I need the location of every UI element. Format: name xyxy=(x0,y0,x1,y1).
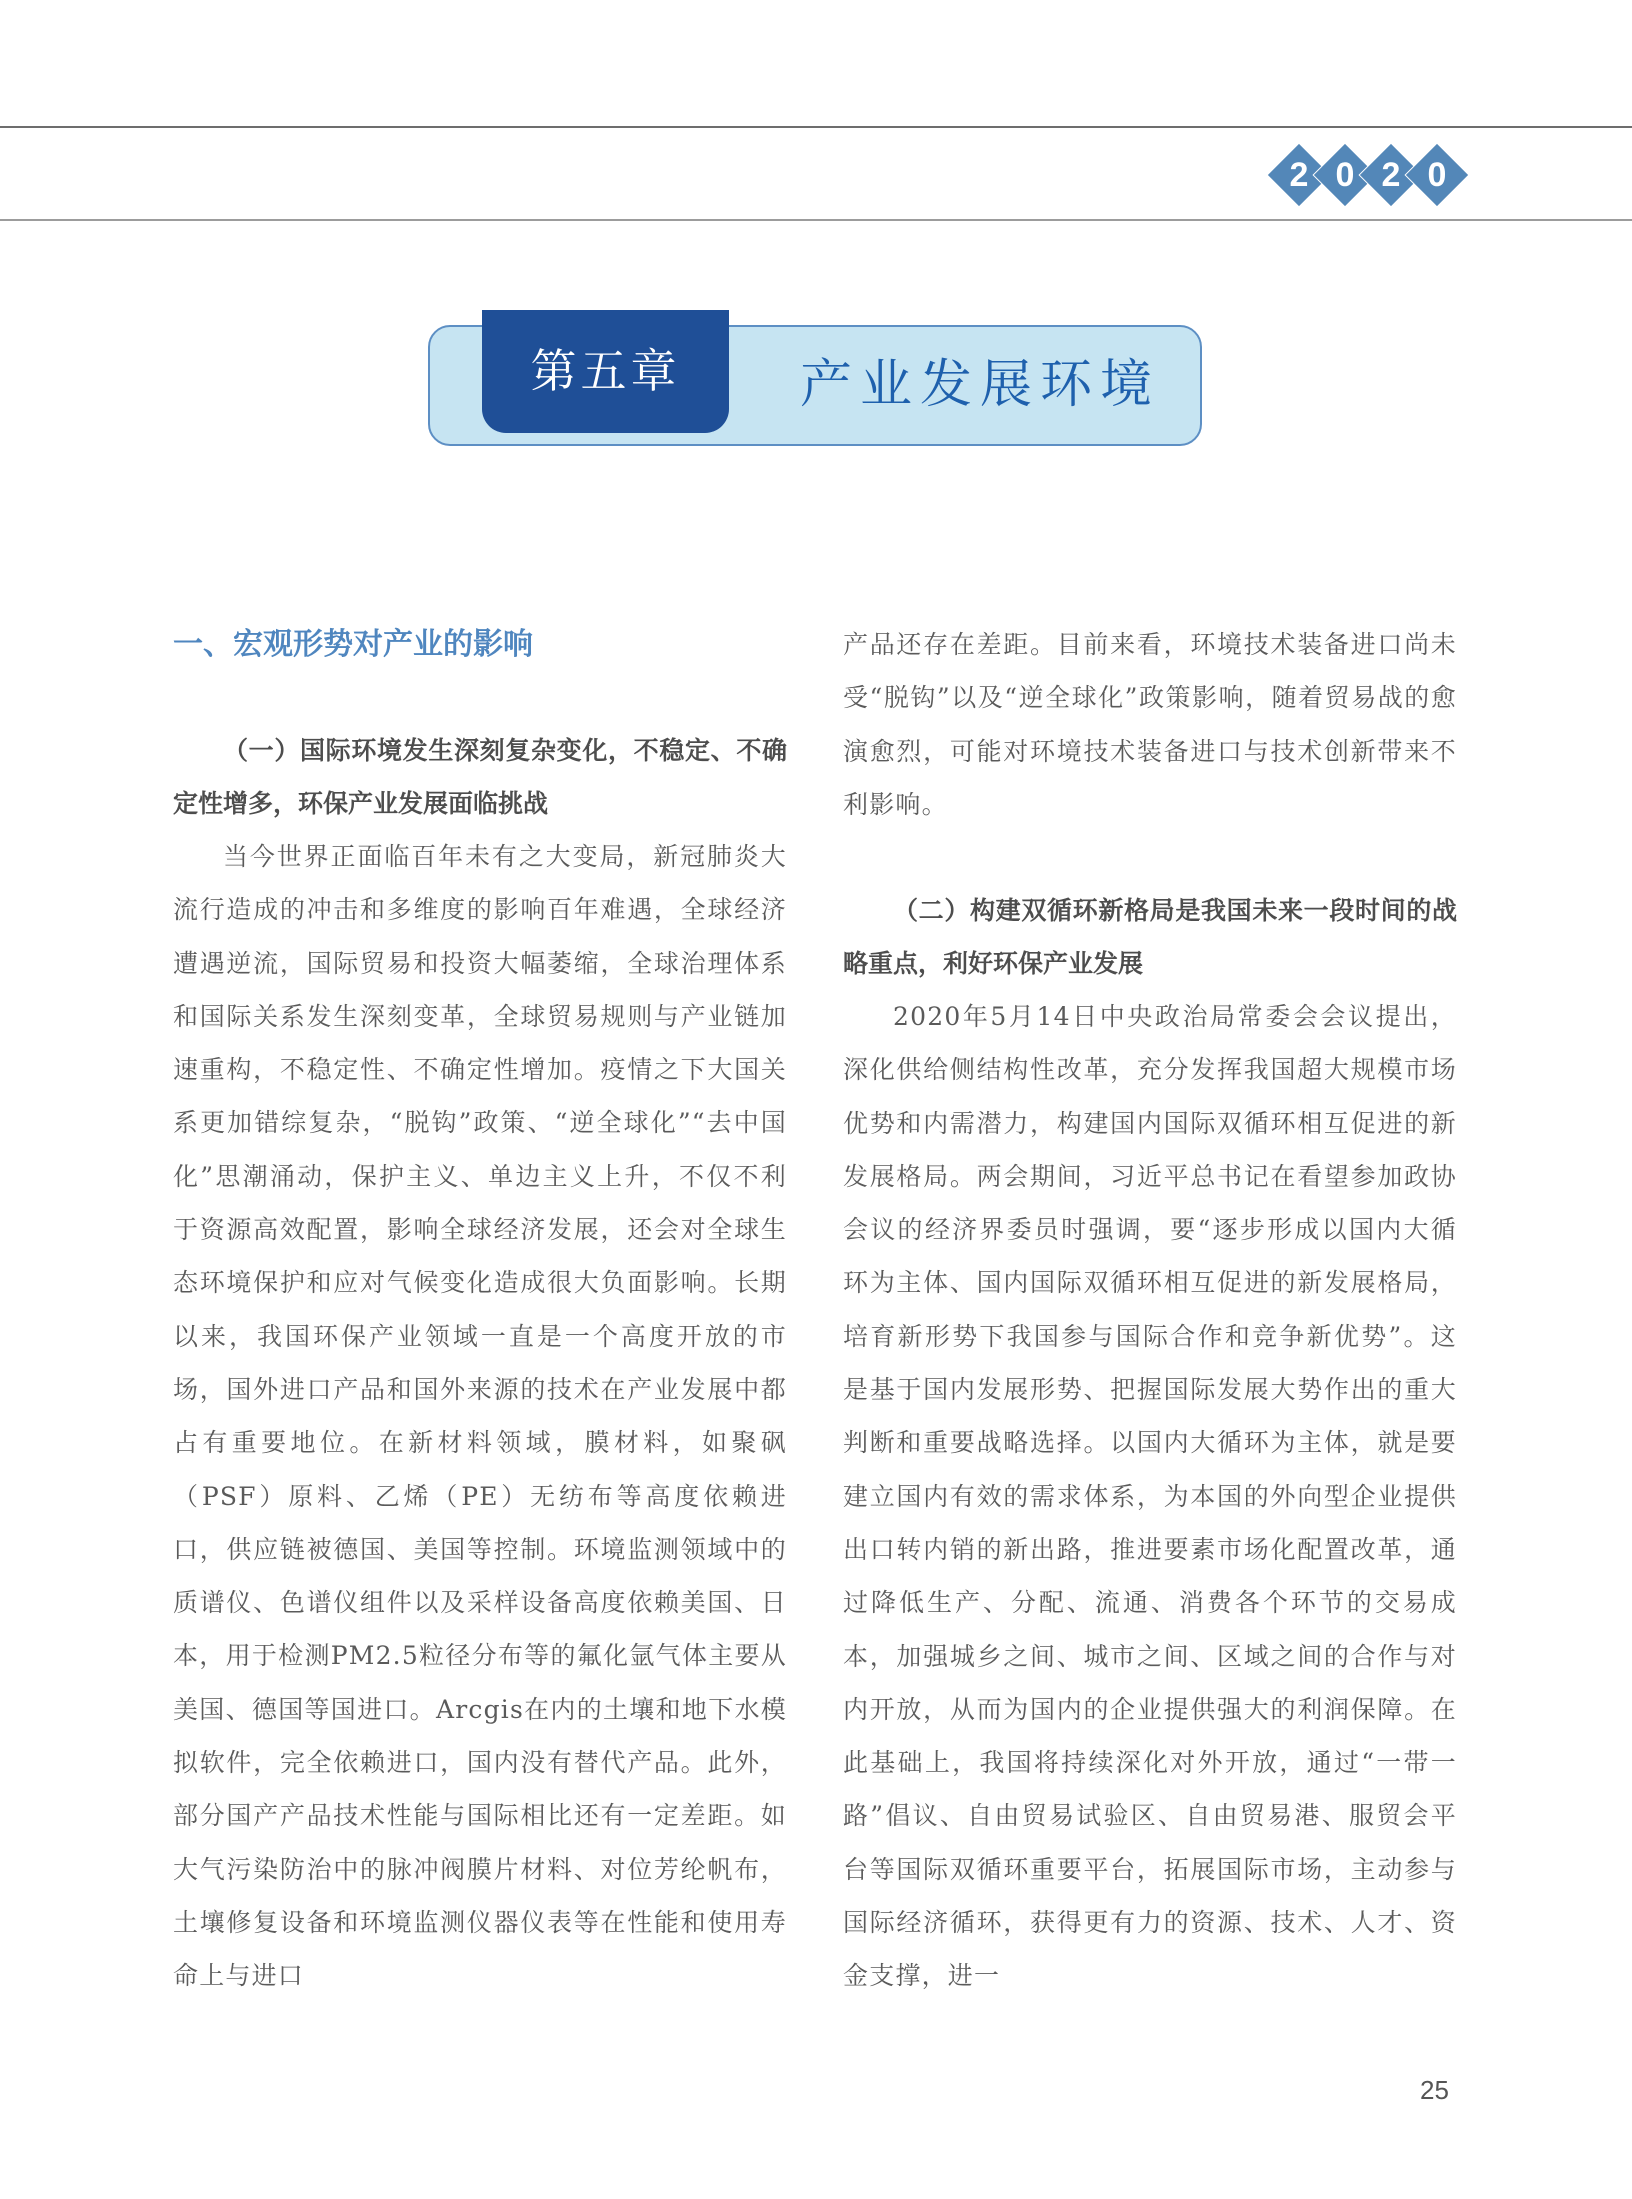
subheading-1: （一）国际环境发生深刻复杂变化，不稳定、不确定性增多，环保产业发展面临挑战 xyxy=(173,724,787,830)
paragraph-2: 2020年5月14日中央政治局常委会会议提出，深化供给侧结构性改革，充分发挥我国… xyxy=(843,990,1457,2010)
year-digit-diamond: 0 xyxy=(1406,144,1468,206)
year-digit: 0 xyxy=(1406,144,1468,206)
page-number: 25 xyxy=(1420,2070,1480,2110)
year-badge: 2 0 2 0 xyxy=(1268,144,1468,206)
paragraph-1: 当今世界正面临百年未有之大变局，新冠肺炎大流行造成的冲击和多维度的影响百年难遇，… xyxy=(173,830,787,2010)
header-rule-bottom xyxy=(0,219,1632,221)
paragraph-1-continued: 产品还存在差距。目前来看，环境技术装备进口尚未受“脱钩”以及“逆全球化”政策影响… xyxy=(843,618,1457,831)
chapter-number: 第五章 xyxy=(482,310,729,433)
header-rule-top xyxy=(0,126,1632,128)
section-heading: 一、宏观形势对产业的影响 xyxy=(173,620,787,670)
subheading-2: （二）构建双循环新格局是我国未来一段时间的战略重点，利好环保产业发展 xyxy=(843,884,1457,990)
chapter-title: 产业发展环境 xyxy=(800,340,1170,430)
